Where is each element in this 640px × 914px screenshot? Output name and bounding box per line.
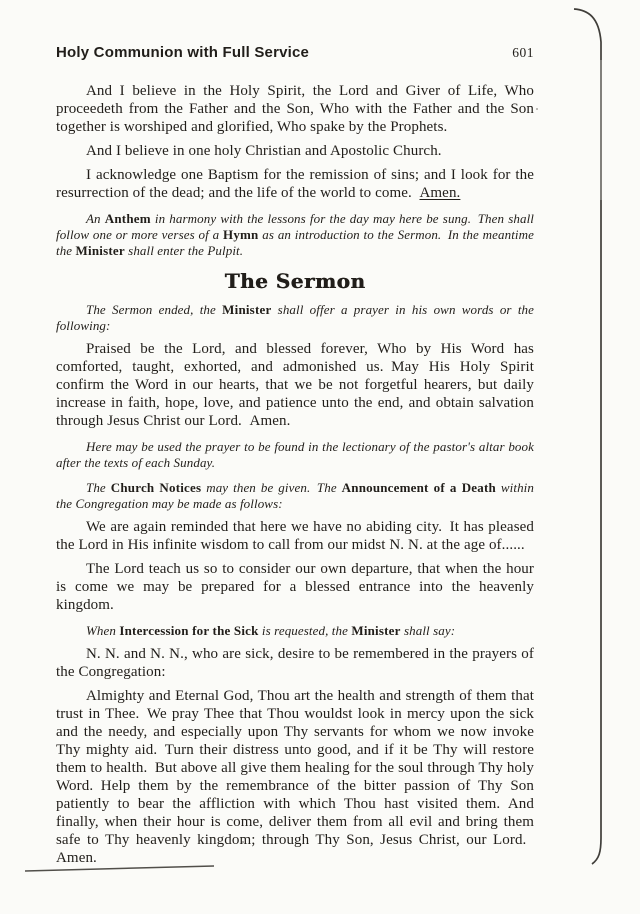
page-edge-line [574,9,601,864]
page-text: And I believe in the Holy Spirit, the Lo… [56,70,534,867]
anthem-rubric: An Anthem in harmony with the lessons fo… [56,211,534,259]
creed-baptism-paragraph: I acknowledge one Baptism for the remiss… [56,166,534,202]
creed-holy-spirit-paragraph: And I believe in the Holy Spirit, the Lo… [56,82,534,136]
page-header: Holy Communion with Full Service 601 [56,44,534,61]
ink-speck [536,108,538,110]
running-title: Holy Communion with Full Service [56,44,309,61]
prayer-for-the-sick-paragraph: Almighty and Eternal God, Thou art the h… [56,687,534,867]
page-number: 601 [512,45,534,61]
praise-prayer-paragraph: Praised be the Lord, and blessed forever… [56,340,534,430]
scanned-book-page: Holy Communion with Full Service 601 And… [0,0,640,914]
death-announcement-paragraph: We are again reminded that here we have … [56,518,534,554]
church-notices-rubric: The Church Notices may then be given. Th… [56,480,534,512]
sermon-heading: The Sermon [56,269,534,293]
lectionary-prayer-rubric: Here may be used the prayer to be found … [56,439,534,471]
creed-church-paragraph: And I believe in one holy Christian and … [56,142,534,160]
sermon-ended-rubric: The Sermon ended, the Minister shall off… [56,302,534,334]
sick-remembrance-paragraph: N. N. and N. N., who are sick, desire to… [56,645,534,681]
departure-prayer-paragraph: The Lord teach us so to consider our own… [56,560,534,614]
intercession-rubric: When Intercession for the Sick is reques… [56,623,534,639]
